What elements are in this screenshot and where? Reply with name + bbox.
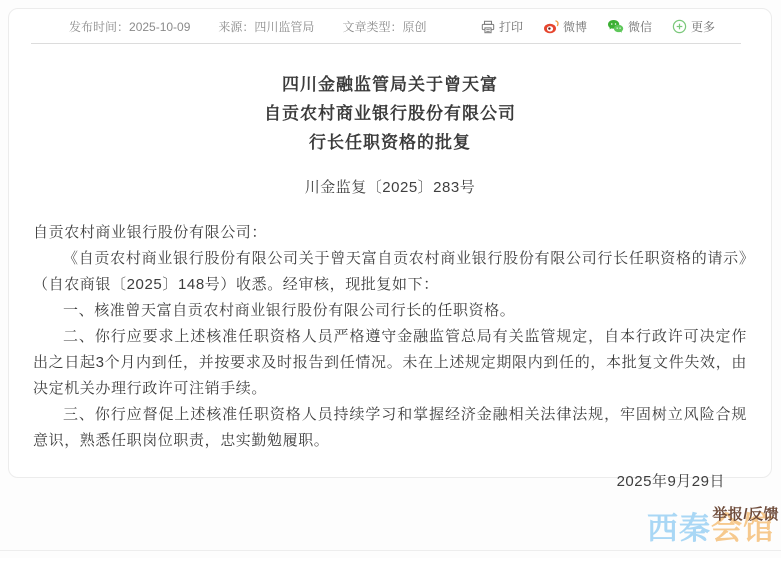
- article-meta-bar: 发布时间：2025-10-09 来源：四川监管局 文章类型：原创: [9, 9, 771, 43]
- document-title: 四川金融监管局关于曾天富 自贡农村商业银行股份有限公司 行长任职资格的批复: [33, 70, 747, 157]
- page-footer: 西秦会馆 举报/反馈: [0, 478, 781, 564]
- article-type-value: 原创: [402, 20, 426, 34]
- document-paragraph: 一、核准曾天富自贡农村商业银行股份有限公司行长的任职资格。: [33, 298, 747, 324]
- wechat-icon: [607, 19, 624, 34]
- document-paragraph: 《自贡农村商业银行股份有限公司关于曾天富自贡农村商业银行股份有限公司行长任职资格…: [33, 246, 747, 298]
- report-feedback-link[interactable]: 举报/反馈: [712, 503, 779, 524]
- share-wechat-button[interactable]: 微信: [607, 18, 652, 35]
- article-source-label: 来源：: [218, 20, 254, 34]
- article-type: 文章类型：原创: [342, 18, 426, 35]
- publish-time-label: 发布时间：: [69, 20, 129, 34]
- print-label: 打印: [499, 18, 523, 35]
- weibo-icon: [543, 19, 559, 35]
- document-number: 川金监复〔2025〕283号: [33, 176, 747, 197]
- printer-icon: [481, 20, 495, 34]
- document-title-line3: 行长任职资格的批复: [33, 128, 747, 157]
- wechat-label: 微信: [628, 18, 652, 35]
- document-paragraph: 三、你行应督促上述核准任职资格人员持续学习和掌握经济金融相关法律法规，牢固树立风…: [33, 402, 747, 454]
- page: 发布时间：2025-10-09 来源：四川监管局 文章类型：原创: [0, 0, 781, 564]
- document-title-line1: 四川金融监管局关于曾天富: [33, 70, 747, 99]
- more-label: 更多: [691, 18, 715, 35]
- document-title-line2: 自贡农村商业银行股份有限公司: [33, 99, 747, 128]
- share-weibo-button[interactable]: 微博: [543, 18, 587, 35]
- document-salutation: 自贡农村商业银行股份有限公司：: [33, 220, 747, 246]
- share-toolbar: 打印 微博: [481, 18, 715, 35]
- more-plus-icon: [672, 19, 687, 34]
- weibo-label: 微博: [563, 18, 587, 35]
- article-card: 发布时间：2025-10-09 来源：四川监管局 文章类型：原创: [8, 8, 772, 478]
- document-body: 自贡农村商业银行股份有限公司： 《自贡农村商业银行股份有限公司关于曾天富自贡农村…: [33, 220, 747, 454]
- publish-time-value: 2025-10-09: [129, 20, 190, 34]
- article-meta-info: 发布时间：2025-10-09 来源：四川监管局 文章类型：原创: [69, 18, 426, 35]
- print-button[interactable]: 打印: [481, 18, 523, 35]
- more-share-button[interactable]: 更多: [672, 18, 715, 35]
- official-document: 四川金融监管局关于曾天富 自贡农村商业银行股份有限公司 行长任职资格的批复 川金…: [9, 44, 771, 491]
- watermark-part1: 西秦: [647, 511, 711, 546]
- article-type-label: 文章类型：: [342, 20, 402, 34]
- article-source: 来源：四川监管局: [218, 18, 314, 35]
- document-paragraph: 二、你行应要求上述核准任职资格人员严格遵守金融监管总局有关监管规定，自本行政许可…: [33, 324, 747, 402]
- article-source-value: 四川监管局: [254, 20, 314, 34]
- footer-divider: [0, 550, 781, 551]
- publish-time: 发布时间：2025-10-09: [69, 18, 190, 35]
